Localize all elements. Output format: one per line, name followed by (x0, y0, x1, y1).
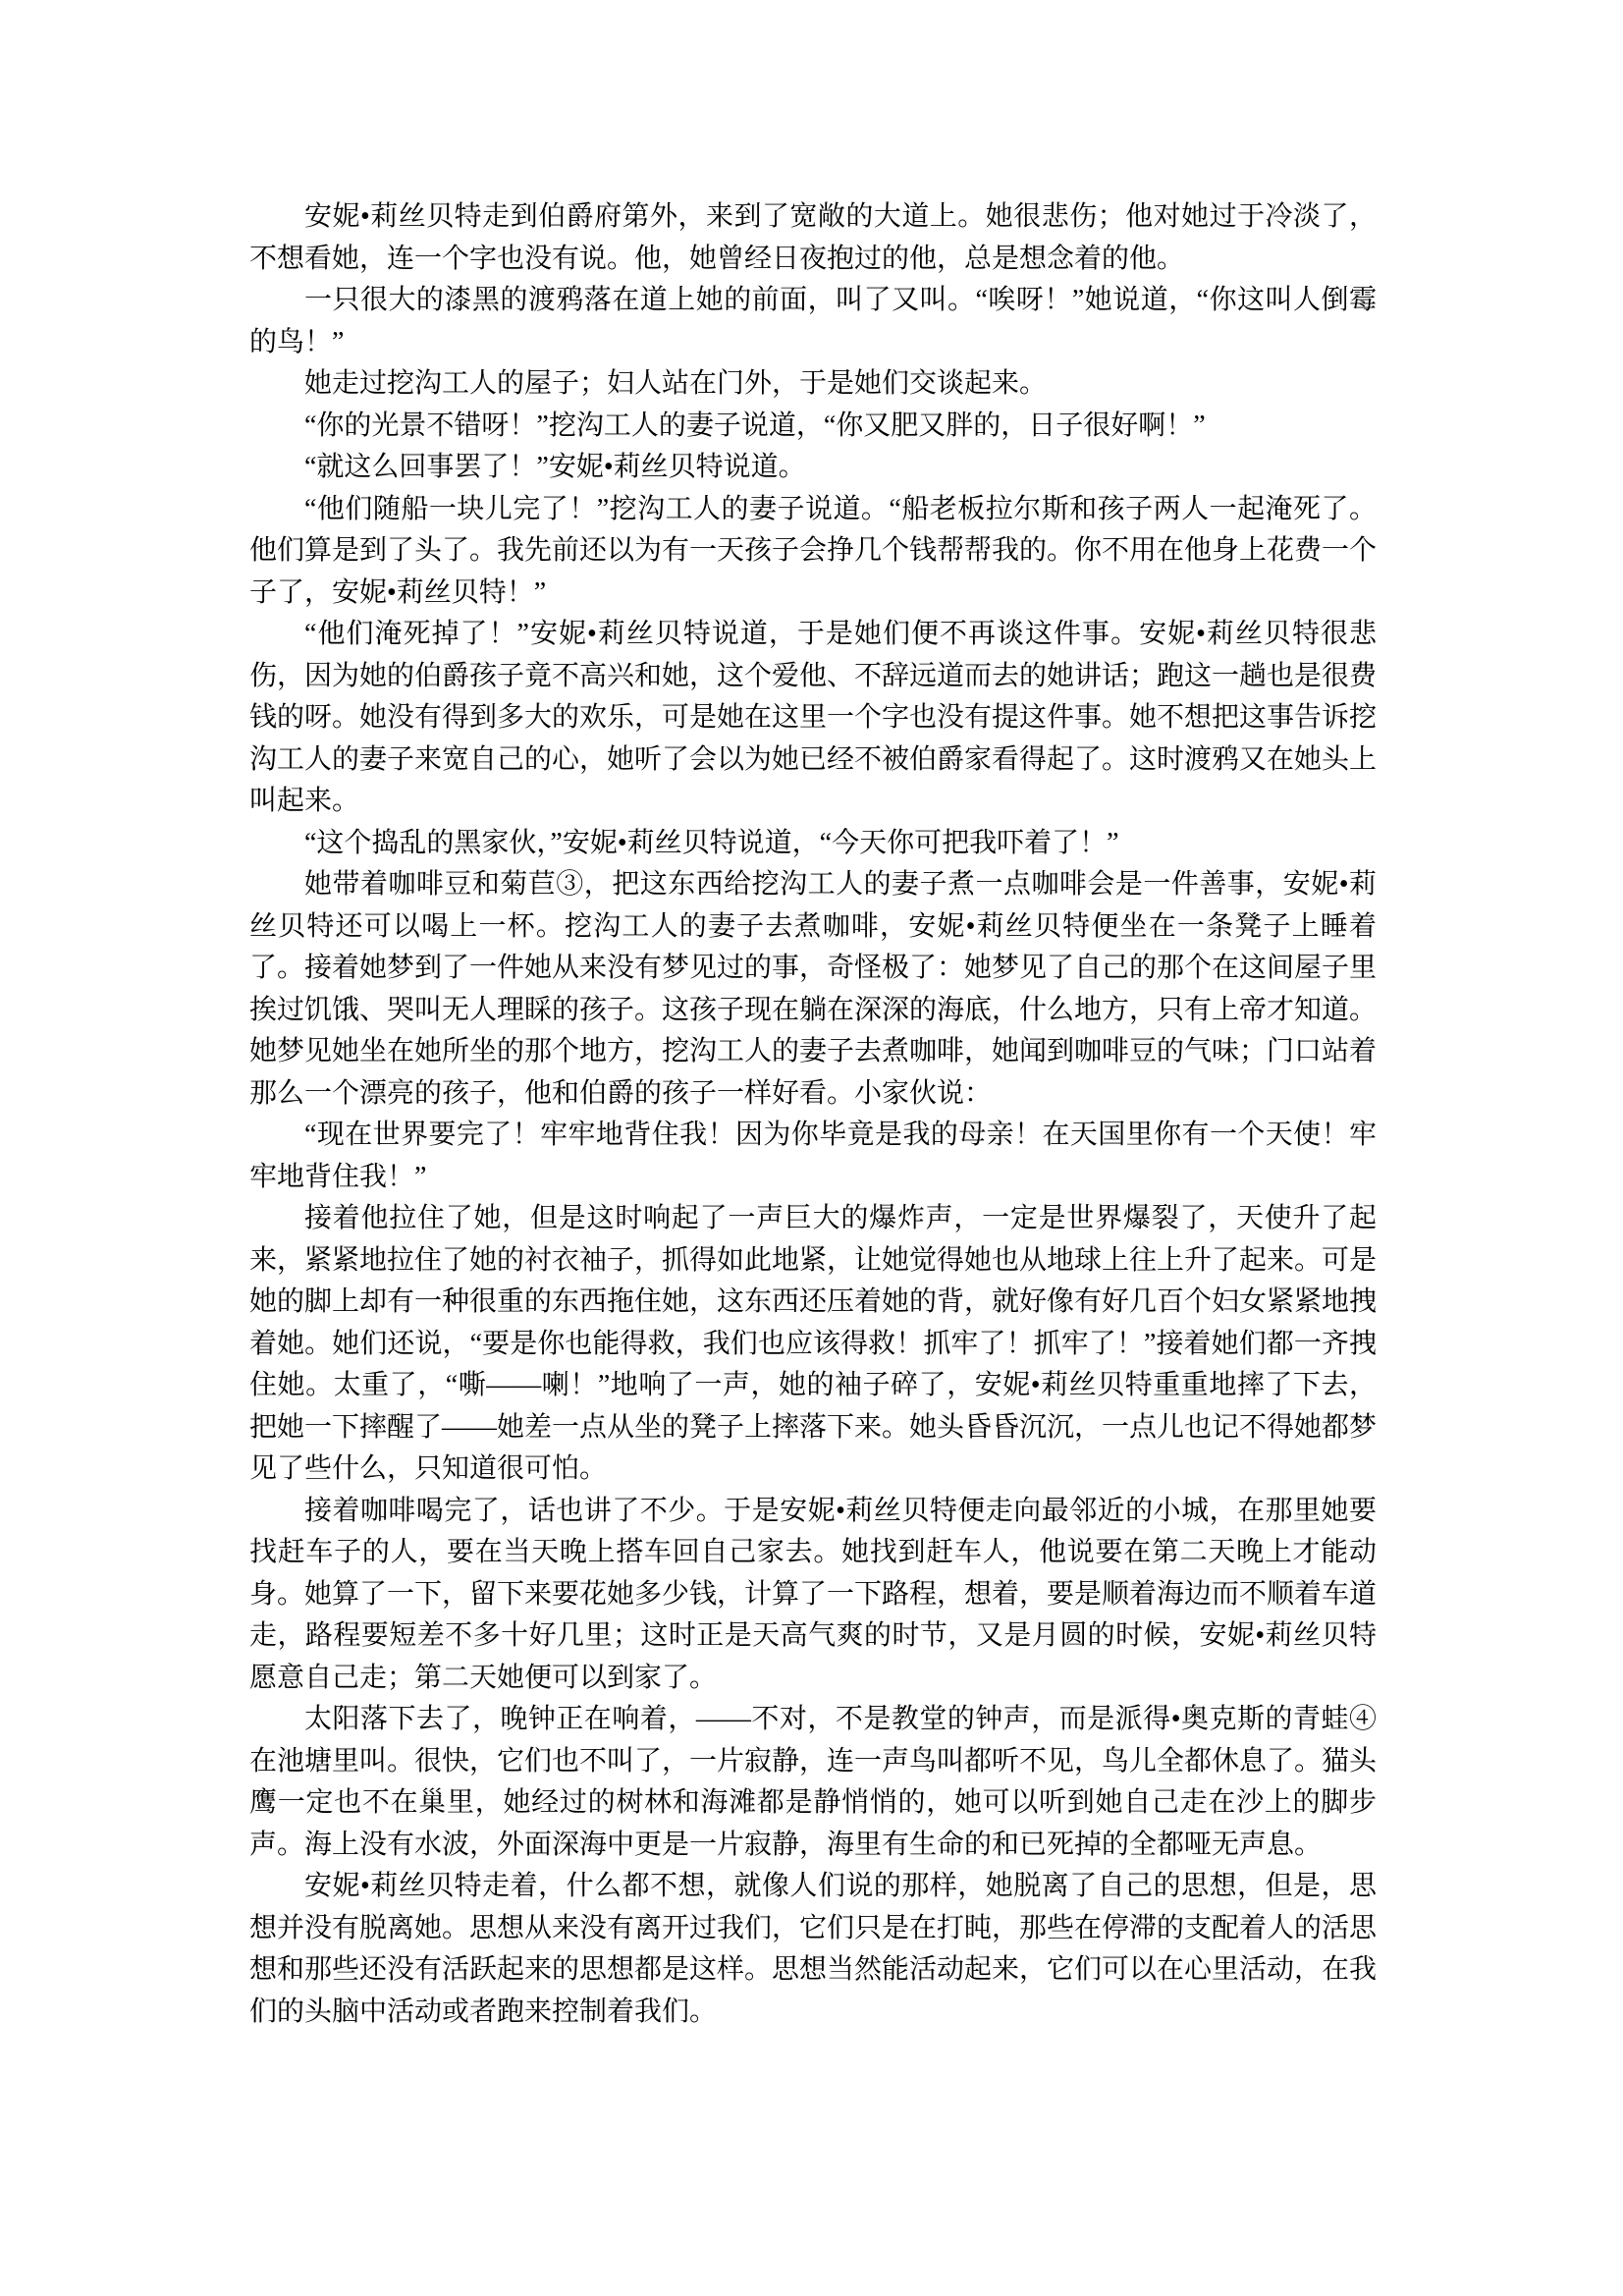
document-page: 安妮•莉丝贝特走到伯爵府第外，来到了宽敞的大道上。她很悲伤；他对她过于冷淡了，不… (249, 196, 1377, 2033)
paragraph: “他们淹死掉了！”安妮•莉丝贝特说道，于是她们便不再谈这件事。安妮•莉丝贝特很悲… (249, 614, 1377, 823)
paragraph: 太阳落下去了，晚钟正在响着，——不对，不是教堂的钟声，而是派得•奥克斯的青蛙④在… (249, 1699, 1377, 1866)
paragraph: “就这么回事罢了！”安妮•莉丝贝特说道。 (249, 447, 1377, 489)
paragraph: 接着咖啡喝完了，话也讲了不少。于是安妮•莉丝贝特便走向最邻近的小城，在那里她要找… (249, 1491, 1377, 1700)
paragraph: “这个捣乱的黑家伙，”安妮•莉丝贝特说道，“今天你可把我吓着了！” (249, 823, 1377, 865)
paragraph: 一只很大的漆黑的渡鸦落在道上她的前面，叫了又叫。“唉呀！”她说道，“你这叫人倒霉… (249, 280, 1377, 363)
paragraph: “他们随船一块儿完了！”挖沟工人的妻子说道。“船老板拉尔斯和孩子两人一起淹死了。… (249, 489, 1377, 615)
paragraph: 她走过挖沟工人的屋子；妇人站在门外，于是她们交谈起来。 (249, 363, 1377, 406)
paragraph: 她带着咖啡豆和菊苣③，把这东西给挖沟工人的妻子煮一点咖啡会是一件善事，安妮•莉丝… (249, 864, 1377, 1115)
paragraph: 安妮•莉丝贝特走着，什么都不想，就像人们说的那样，她脱离了自己的思想，但是，思想… (249, 1866, 1377, 2033)
paragraph: “你的光景不错呀！”挖沟工人的妻子说道，“你又肥又胖的，日子很好啊！” (249, 406, 1377, 448)
paragraph: 接着他拉住了她，但是这时响起了一声巨大的爆炸声，一定是世界爆裂了，天使升了起来，… (249, 1198, 1377, 1491)
paragraph: “现在世界要完了！牢牢地背住我！因为你毕竟是我的母亲！在天国里你有一个天使！牢牢… (249, 1115, 1377, 1198)
paragraph: 安妮•莉丝贝特走到伯爵府第外，来到了宽敞的大道上。她很悲伤；他对她过于冷淡了，不… (249, 196, 1377, 280)
